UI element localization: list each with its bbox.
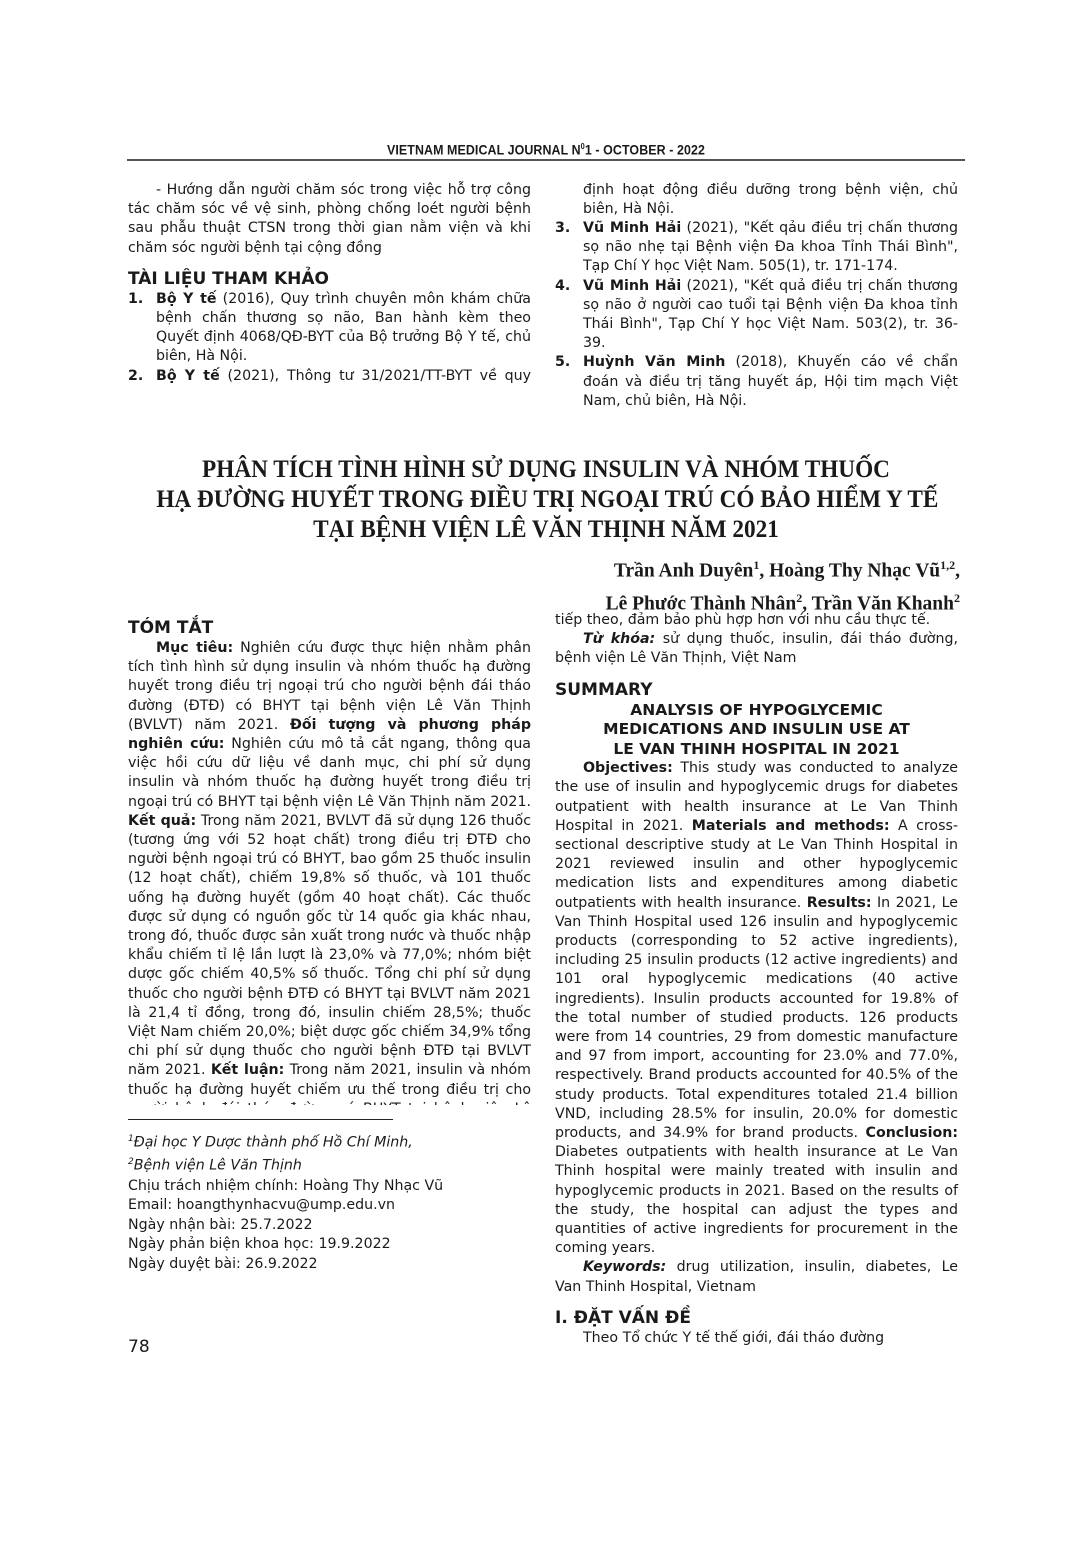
corresponding-author: Chịu trách nhiệm chính: Hoàng Thy Nhạc V… bbox=[128, 1177, 531, 1197]
author-name: Trần Anh Duyên bbox=[614, 561, 753, 582]
journal-page: VIETNAM MEDICAL JOURNAL N01 - OCTOBER - … bbox=[0, 0, 1090, 1541]
running-head-issue: 1 - OCTOBER - 2022 bbox=[585, 143, 705, 158]
running-head-journal: VIETNAM MEDICAL JOURNAL N bbox=[387, 143, 581, 158]
summary-title-line: LE VAN THINH HOSPITAL IN 2021 bbox=[555, 740, 958, 760]
summary-body: Objectives: This study was conducted to … bbox=[555, 759, 958, 1258]
reviewed-date: Ngày phản biện khoa học: 19.9.2022 bbox=[128, 1235, 531, 1255]
reference-author: Vũ Minh Hải bbox=[583, 220, 681, 236]
previous-article-left-column: - Hướng dẫn người chăm sóc trong việc hỗ… bbox=[128, 181, 531, 386]
reference-item: 5.Huỳnh Văn Minh (2018), Khuyến cáo về c… bbox=[555, 353, 958, 411]
conclusion-text: Diabetes outpatients with health insuran… bbox=[555, 1144, 958, 1256]
keywords-en-label: Keywords: bbox=[583, 1259, 666, 1275]
closing-paragraph: - Hướng dẫn người chăm sóc trong việc hỗ… bbox=[128, 181, 531, 258]
keywords-vi-label: Từ khóa: bbox=[583, 631, 655, 647]
reference-item: 1.Bộ Y tế (2016), Quy trình chuyên môn k… bbox=[128, 290, 531, 367]
objective-label: Mục tiêu: bbox=[156, 640, 233, 656]
author-affiliation-sup: 1,2 bbox=[940, 558, 955, 572]
author-separator: , bbox=[955, 561, 960, 582]
reference-author: Bộ Y tế bbox=[156, 368, 220, 384]
keywords-vi: Từ khóa: sử dụng thuốc, insulin, đái thá… bbox=[555, 630, 958, 668]
title-line: TẠI BỆNH VIỆN LÊ VĂN THỊNH NĂM 2021 bbox=[156, 515, 935, 545]
author-affiliation-sup: 2 bbox=[954, 591, 960, 605]
reference-number: 4. bbox=[555, 277, 570, 296]
abstract-vi-heading: TÓM TẮT bbox=[128, 617, 531, 639]
article-title: PHÂN TÍCH TÌNH HÌNH SỬ DỤNG INSULIN VÀ N… bbox=[156, 455, 935, 545]
summary-title-line: ANALYSIS OF HYPOGLYCEMIC bbox=[555, 701, 958, 721]
title-line: PHÂN TÍCH TÌNH HÌNH SỬ DỤNG INSULIN VÀ N… bbox=[156, 455, 935, 485]
reference-number: 2. bbox=[128, 367, 143, 386]
affiliation-2: Bệnh viện Lê Văn Thịnh bbox=[134, 1158, 302, 1174]
author-name: Hoàng Thy Nhạc Vũ bbox=[769, 561, 940, 582]
abstract-vi-column: TÓM TẮT Mục tiêu: Nghiên cứu được thực h… bbox=[128, 617, 531, 1275]
reference-author: Vũ Minh Hải bbox=[583, 278, 681, 294]
header-rule bbox=[127, 159, 965, 161]
reference-number: 1. bbox=[128, 290, 143, 309]
abstract-vi-body: Mục tiêu: Nghiên cứu được thực hiện nhằm… bbox=[128, 639, 531, 1105]
page-number: 78 bbox=[128, 1337, 150, 1357]
results-label: Kết quả: bbox=[128, 813, 196, 829]
summary-heading: SUMMARY bbox=[555, 679, 958, 701]
results-text: Trong năm 2021, BVLVT đã sử dụng 126 thu… bbox=[128, 813, 531, 1079]
email: Email: hoangthynhacvu@ump.edu.vn bbox=[128, 1196, 531, 1216]
reference-number: 5. bbox=[555, 353, 570, 372]
introduction-first-line: Theo Tổ chức Y tế thế giới, đái tháo đườ… bbox=[555, 1329, 958, 1348]
objectives-label: Objectives: bbox=[583, 760, 673, 776]
reference-list: 1.Bộ Y tế (2016), Quy trình chuyên môn k… bbox=[128, 290, 531, 386]
introduction-heading: I. ĐẶT VẤN ĐỀ bbox=[555, 1307, 958, 1329]
summary-title-line: MEDICATIONS AND INSULIN USE AT bbox=[555, 720, 958, 740]
reference-list-continued: 2.Bộ Y tế (2021), Thông tư 31/2021/TT-BY… bbox=[555, 181, 958, 411]
conclusion-label: Kết luận: bbox=[211, 1062, 284, 1078]
author-list: Trần Anh Duyên1, Hoàng Thy Nhạc Vũ1,2, L… bbox=[606, 552, 960, 617]
accepted-date: Ngày duyệt bài: 26.9.2022 bbox=[128, 1255, 531, 1275]
title-line: HẠ ĐƯỜNG HUYẾT TRONG ĐIỀU TRỊ NGOẠI TRÚ … bbox=[156, 485, 935, 515]
results-text: In 2021, Le Van Thinh Hospital used 126 … bbox=[555, 895, 958, 1141]
received-date: Ngày nhận bài: 25.7.2022 bbox=[128, 1216, 531, 1236]
footnotes: 1Đại học Y Dược thành phố Hồ Chí Minh, 2… bbox=[128, 1130, 531, 1275]
reference-author: Bộ Y tế bbox=[156, 291, 216, 307]
abstract-en-column: tiếp theo, đảm bảo phù hợp hơn với nhu c… bbox=[555, 611, 958, 1348]
references-heading: TÀI LIỆU THAM KHẢO bbox=[128, 268, 531, 290]
running-head: VIETNAM MEDICAL JOURNAL N01 - OCTOBER - … bbox=[161, 142, 932, 158]
footnote-rule bbox=[128, 1119, 393, 1120]
results-label: Results: bbox=[807, 895, 872, 911]
reference-item: 2.Bộ Y tế (2021), Thông tư 31/2021/TT-BY… bbox=[128, 367, 531, 386]
methods-label: Materials and methods: bbox=[692, 818, 890, 834]
author-separator: , bbox=[759, 561, 769, 582]
conclusion-label: Conclusion: bbox=[866, 1125, 958, 1141]
summary-title: ANALYSIS OF HYPOGLYCEMIC MEDICATIONS AND… bbox=[555, 701, 958, 760]
affiliation-1: Đại học Y Dược thành phố Hồ Chí Minh, bbox=[134, 1135, 413, 1151]
reference-author: Huỳnh Văn Minh bbox=[583, 354, 725, 370]
previous-article-right-column: 2.Bộ Y tế (2021), Thông tư 31/2021/TT-BY… bbox=[555, 181, 958, 411]
conclusion-continuation: tiếp theo, đảm bảo phù hợp hơn với nhu c… bbox=[555, 611, 958, 630]
reference-item-continued: 2.Bộ Y tế (2021), Thông tư 31/2021/TT-BY… bbox=[555, 181, 958, 219]
reference-item: 3.Vũ Minh Hải (2021), "Kết qảu điều trị … bbox=[555, 219, 958, 277]
reference-number: 3. bbox=[555, 219, 570, 238]
reference-item: 4.Vũ Minh Hải (2021), "Kết quả điều trị … bbox=[555, 277, 958, 354]
reference-text: (2021), Thông tư 31/2021/TT-BYT về quy đ… bbox=[583, 181, 958, 217]
keywords-en: Keywords: drug utilization, insulin, dia… bbox=[555, 1258, 958, 1296]
